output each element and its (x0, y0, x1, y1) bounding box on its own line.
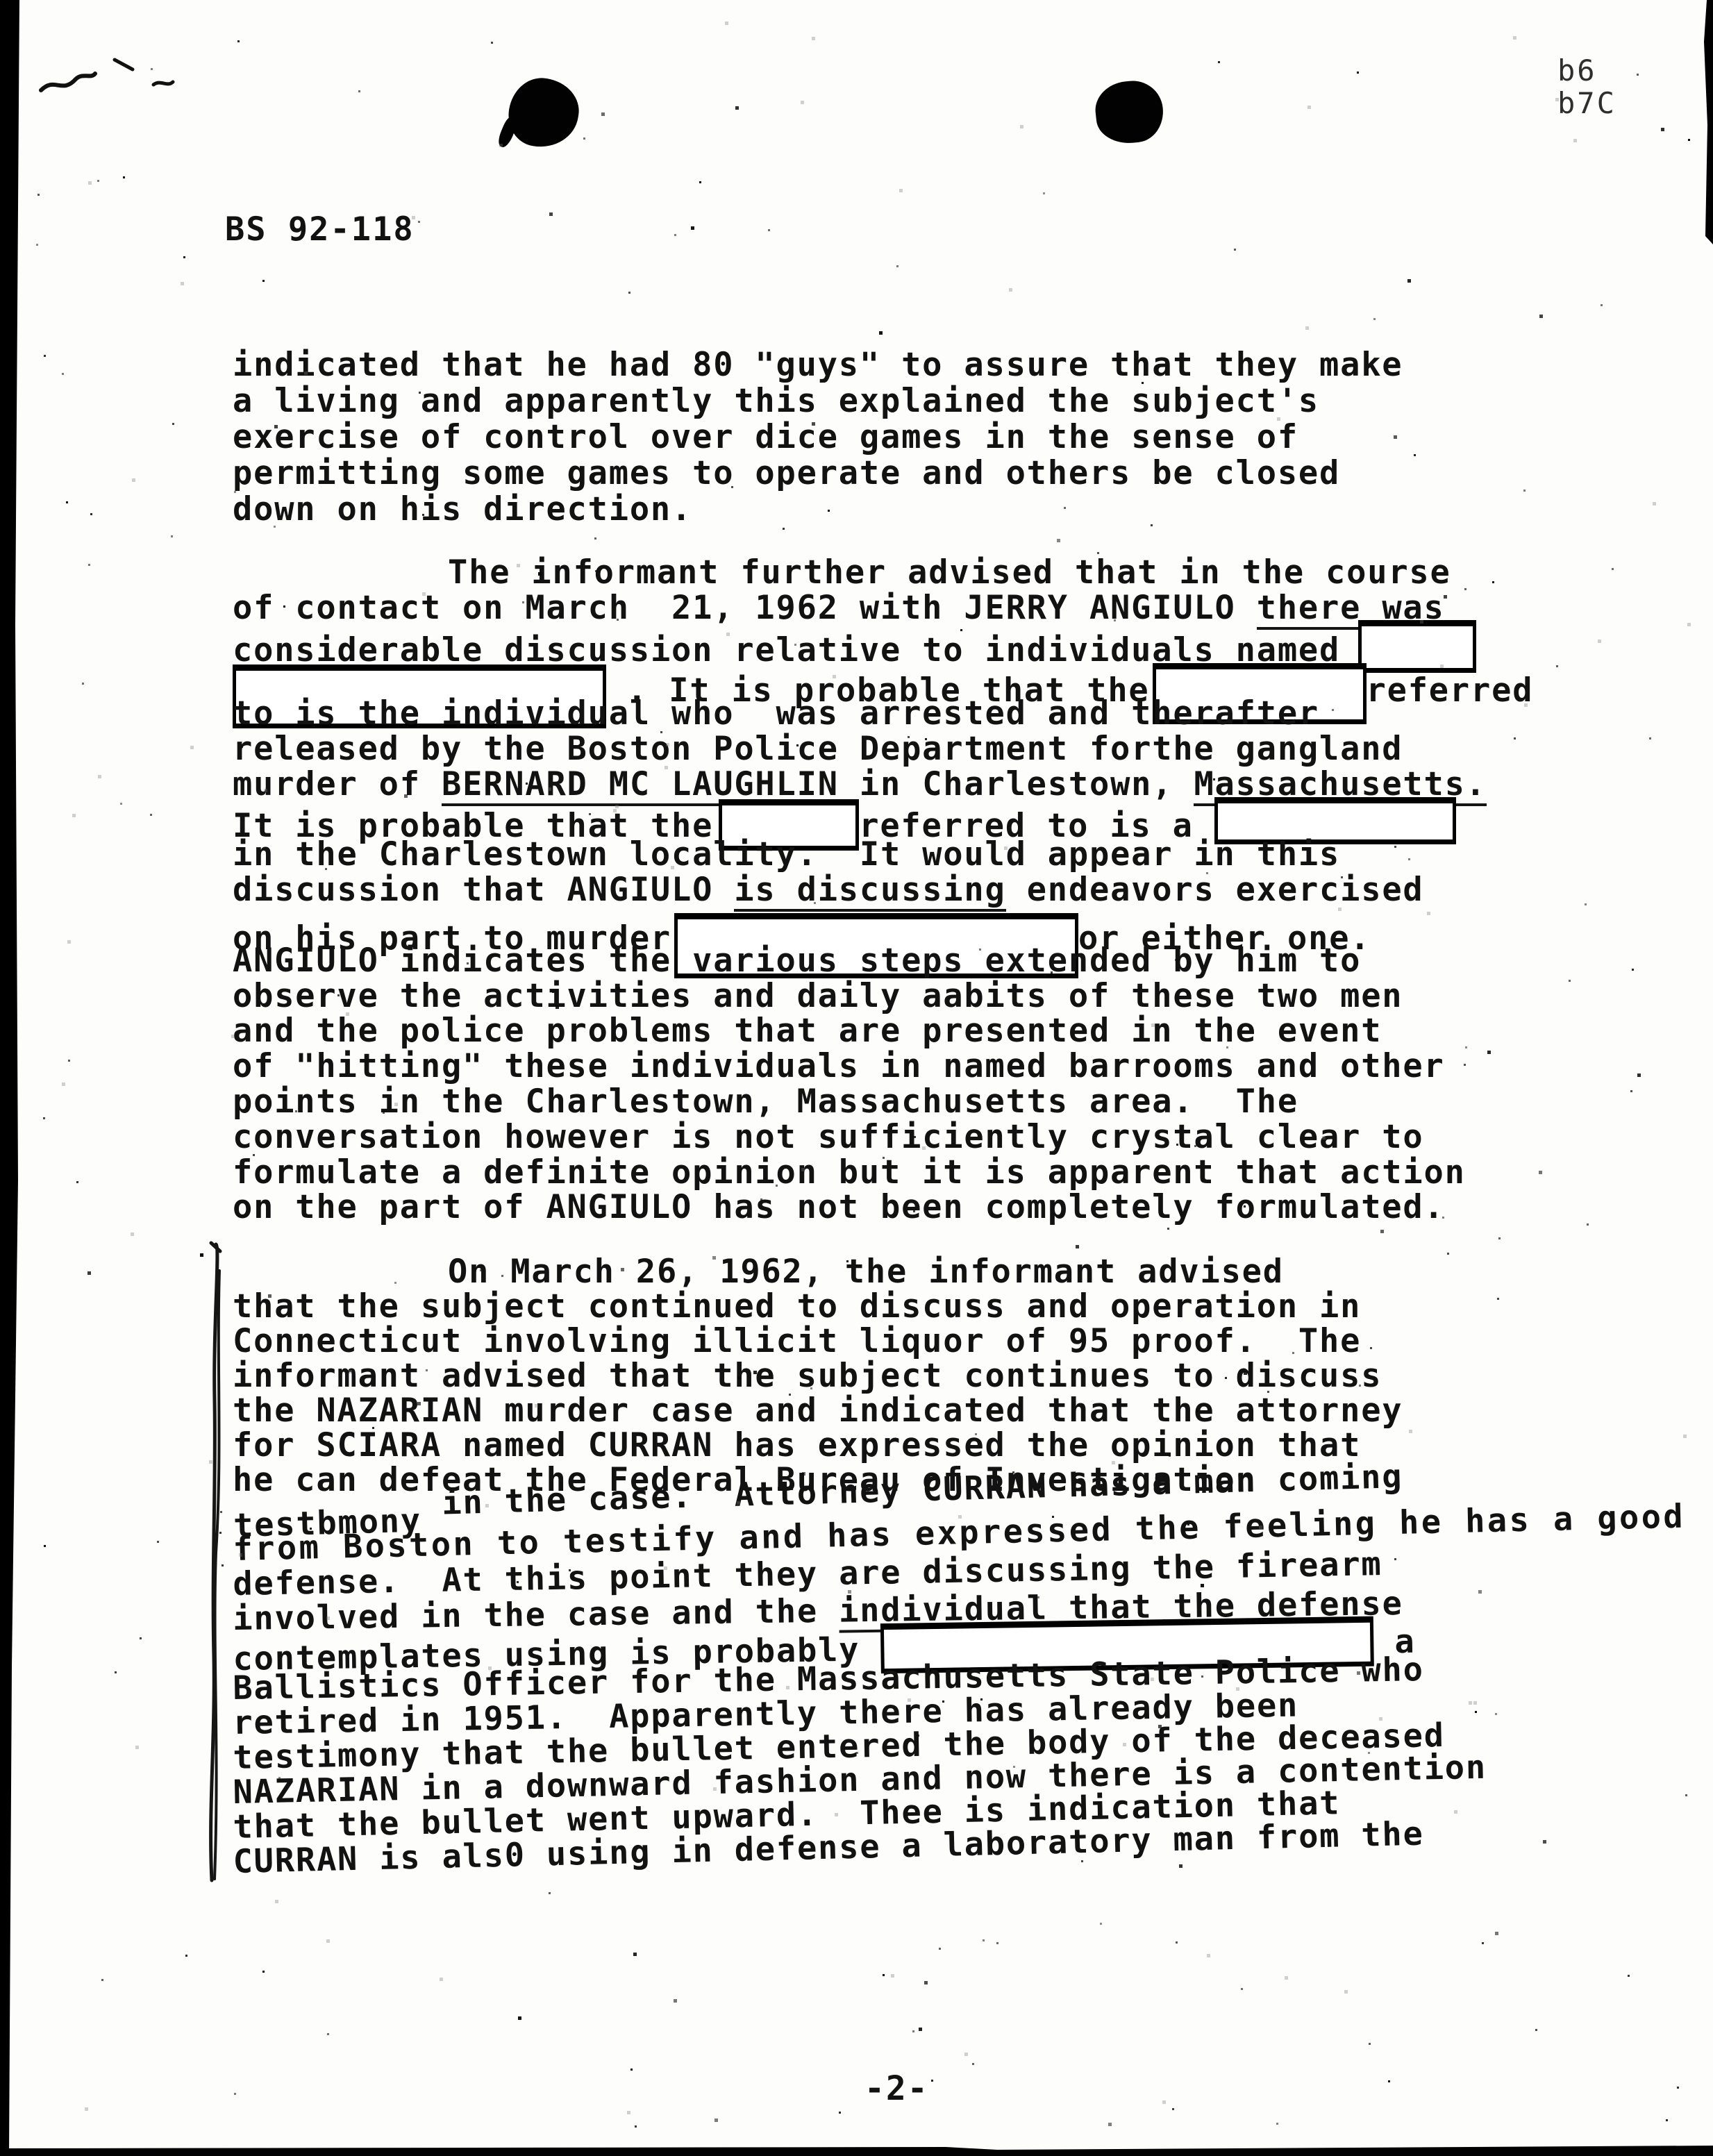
text-run: formulate a definite opinion but it is a… (233, 1155, 1466, 1191)
document-line: ANGIULO indicates the various steps exte… (233, 943, 1361, 979)
text-run: a living and apparently this explained t… (233, 383, 1319, 419)
document-line: indicated that he had 80 "guys" to assur… (233, 347, 1403, 383)
document-line: permitting some games to operate and oth… (233, 456, 1340, 492)
text-run: that the subject continued to discuss an… (233, 1289, 1361, 1325)
ink-scribble (31, 36, 212, 126)
document-line: Connecticut involving illicit liquor of … (233, 1323, 1361, 1360)
text-run: On March 26, 1962, the informant advised (448, 1254, 1284, 1290)
document-line: in the Charlestown locality. It would ap… (233, 837, 1340, 873)
text-run: discussion that ANGIULO (233, 872, 734, 908)
text-run: released by the Boston Police Department… (233, 731, 1403, 767)
text-run: observe the activities and daily aabits … (233, 978, 1403, 1014)
text-run: of "hitting" these individuals in named … (233, 1048, 1445, 1085)
text-run: informant advised that the subject conti… (233, 1358, 1382, 1394)
document-line: observe the activities and daily aabits … (233, 978, 1403, 1014)
document-line: a living and apparently this explained t… (233, 383, 1319, 419)
text-run: exercise of control over dice games in t… (233, 419, 1298, 456)
document-body: indicated that he had 80 "guys" to assur… (0, 0, 1713, 2156)
text-run: points in the Charlestown, Massachusetts… (233, 1084, 1298, 1120)
text-run: murder of (233, 767, 442, 803)
document-line: the NAZARIAN murder case and indicated t… (233, 1393, 1403, 1429)
text-run: conversation however is not sufficiently… (233, 1119, 1424, 1155)
text-run: the NAZARIAN murder case and indicated t… (233, 1393, 1403, 1429)
document-line: of contact on March 21, 1962 with JERRY … (233, 590, 1445, 630)
document-line: of "hitting" these individuals in named … (233, 1048, 1445, 1085)
text-run: indicated that he had 80 "guys" to assur… (233, 347, 1403, 383)
text-run: Connecticut involving illicit liquor of … (233, 1323, 1361, 1360)
text-run: The informant further advised that in th… (448, 555, 1451, 591)
document-line: informant advised that the subject conti… (233, 1358, 1382, 1394)
document-line: down on his direction. (233, 492, 692, 528)
text-run: to is the individual who was arrested an… (233, 696, 1319, 732)
text-run: permitting some games to operate and oth… (233, 456, 1340, 492)
document-line: points in the Charlestown, Massachusetts… (233, 1084, 1298, 1120)
document-line: discussion that ANGIULO is discussing en… (233, 872, 1424, 912)
document-line: On March 26, 1962, the informant advised (448, 1254, 1284, 1290)
document-line: and the police problems that are present… (233, 1013, 1382, 1049)
document-line: conversation however is not sufficiently… (233, 1119, 1424, 1155)
document-line: that the subject continued to discuss an… (233, 1289, 1361, 1325)
page-number: -2- (864, 2069, 929, 2108)
document-line: released by the Boston Police Department… (233, 731, 1403, 767)
text-run: for SCIARA named CURRAN has expressed th… (233, 1428, 1361, 1464)
document-line: on the part of ANGIULO has not been comp… (233, 1189, 1445, 1226)
scanned-document-page: b6 b7C BS 92-118 indicated that he had 8… (0, 0, 1713, 2156)
document-line: to is the individual who was arrested an… (233, 696, 1319, 732)
text-run: endeavors exercised (1006, 872, 1424, 908)
document-line: for SCIARA named CURRAN has expressed th… (233, 1428, 1361, 1464)
underlined-text: is discussing (734, 872, 1005, 912)
text-run: ANGIULO indicates the various steps exte… (233, 943, 1361, 979)
document-line: formulate a definite opinion but it is a… (233, 1155, 1466, 1191)
text-run: down on his direction. (233, 492, 692, 528)
document-line: exercise of control over dice games in t… (233, 419, 1298, 456)
text-run: in the Charlestown locality. It would ap… (233, 837, 1340, 873)
text-run: in Charlestown, (839, 767, 1194, 803)
text-run: and the police problems that are present… (233, 1013, 1382, 1049)
text-run: of contact on March 21, 1962 with JERRY … (233, 590, 1257, 626)
text-run: on the part of ANGIULO has not been comp… (233, 1189, 1445, 1226)
scan-noise (0, 0, 1, 1)
text-run: referred (1367, 673, 1534, 709)
margin-pen-line (201, 1240, 232, 1885)
document-line: The informant further advised that in th… (448, 555, 1451, 591)
